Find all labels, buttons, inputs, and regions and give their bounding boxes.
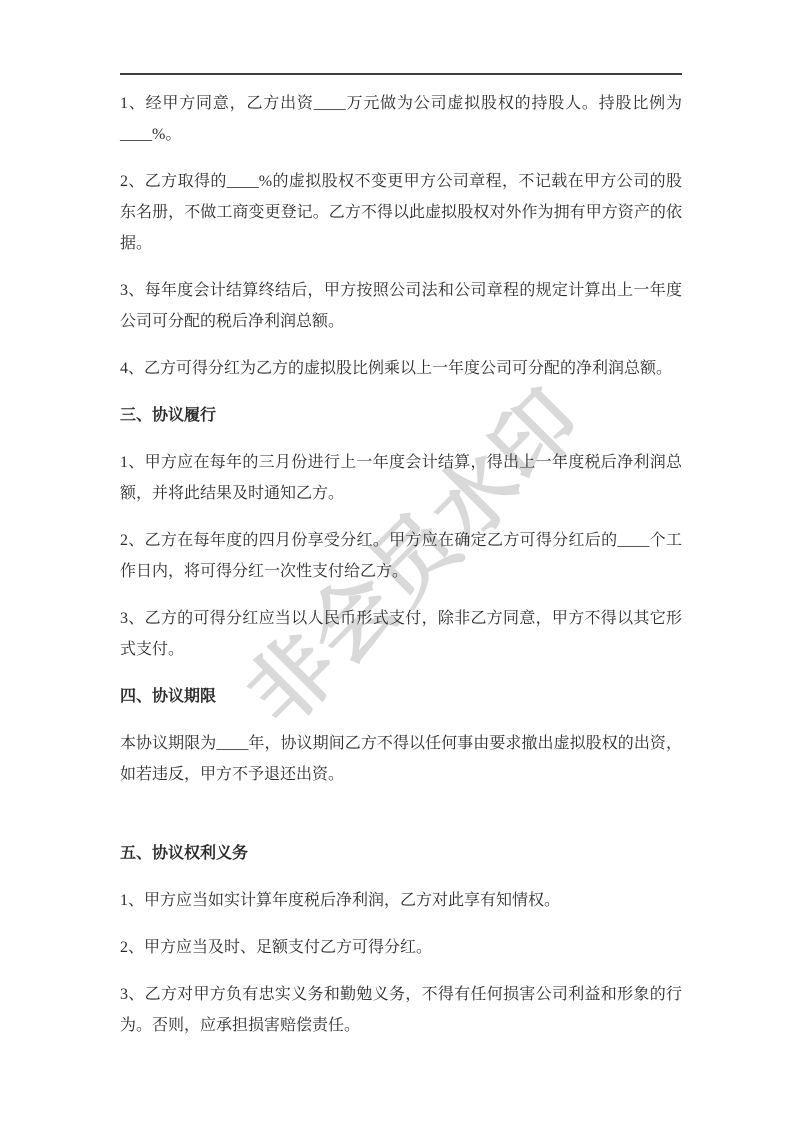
top-divider-line: [120, 73, 682, 75]
clause-paragraph: 2、乙方在每年度的四月份享受分红。甲方应在确定乙方可得分红后的____个工作日内…: [120, 525, 682, 587]
clause-paragraph: 3、乙方对甲方负有忠实义务和勤勉义务，不得有任何损害公司利益和形象的行为。否则，…: [120, 979, 682, 1041]
section-heading-5: 五、协议权利义务: [120, 838, 682, 869]
clause-paragraph: 3、乙方的可得分红应当以人民币形式支付，除非乙方同意，甲方不得以其它形式支付。: [120, 603, 682, 665]
clause-paragraph: 1、经甲方同意，乙方出资____万元做为公司虚拟股权的持股人。持股比例为____…: [120, 88, 682, 150]
clause-paragraph: 4、乙方可得分红为乙方的虚拟股比例乘以上一年度公司可分配的净利润总额。: [120, 353, 682, 384]
clause-paragraph: 1、甲方应在每年的三月份进行上一年度会计结算，得出上一年度税后净利润总额，并将此…: [120, 447, 682, 509]
clause-paragraph: 1、甲方应当如实计算年度税后净利润，乙方对此享有知情权。: [120, 885, 682, 916]
clause-paragraph: 2、乙方取得的____%的虚拟股权不变更甲方公司章程，不记载在甲方公司的股东名册…: [120, 166, 682, 259]
clause-paragraph: 本协议期限为____年，协议期间乙方不得以任何事由要求撤出虚拟股权的出资，如若违…: [120, 728, 682, 790]
clause-paragraph: 2、甲方应当及时、足额支付乙方可得分红。: [120, 932, 682, 963]
section-heading-4: 四、协议期限: [120, 681, 682, 712]
clause-paragraph: 3、每年度会计结算终结后，甲方按照公司法和公司章程的规定计算出上一年度公司可分配…: [120, 275, 682, 337]
document-page: 非会员水印 1、经甲方同意，乙方出资____万元做为公司虚拟股权的持股人。持股比…: [0, 0, 800, 1132]
contract-body: 1、经甲方同意，乙方出资____万元做为公司虚拟股权的持股人。持股比例为____…: [120, 88, 682, 1057]
section-heading-3: 三、协议履行: [120, 400, 682, 431]
